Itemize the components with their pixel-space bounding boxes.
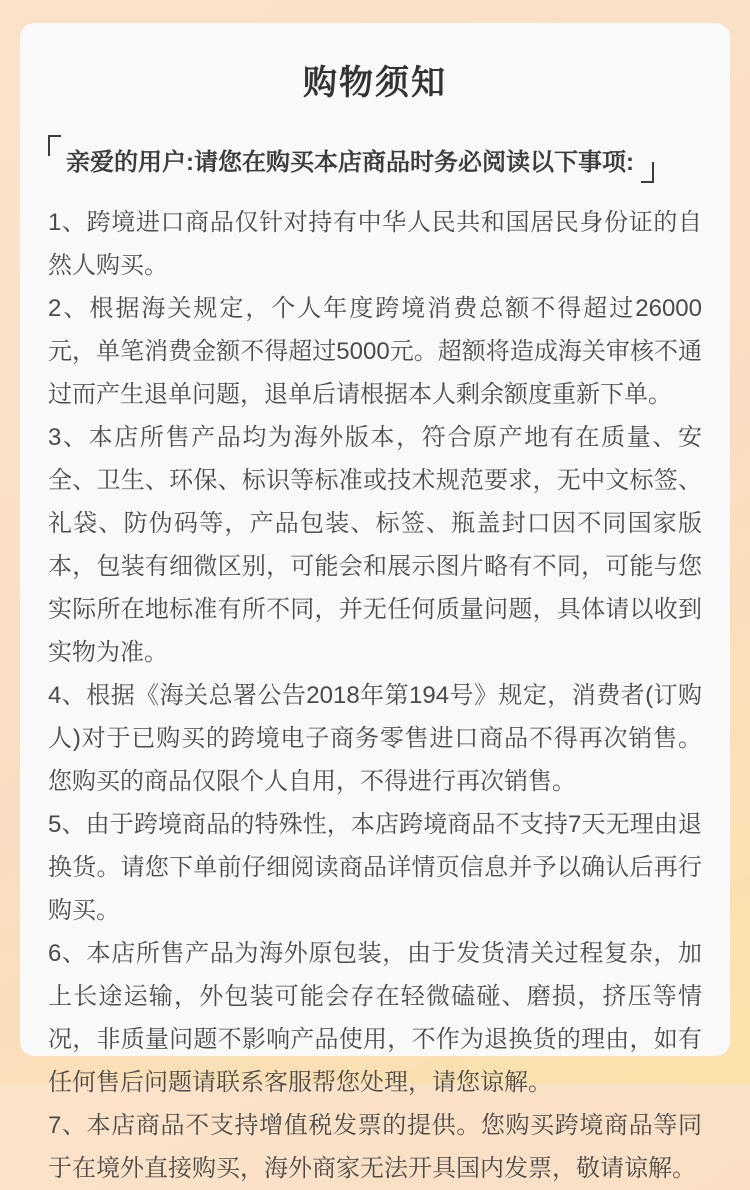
corner-close-mark bbox=[641, 162, 654, 183]
notice-item-2: 2、根据海关规定，个人年度跨境消费总额不得超过26000 元，单笔消费金额不得超… bbox=[48, 287, 702, 416]
notice-item-3: 3、本店所售产品均为海外版本，符合原产地有在质量、安全、卫生、环保、标识等标准或… bbox=[48, 416, 702, 674]
page-title: 购物须知 bbox=[48, 65, 702, 103]
notice-card: 购物须知 亲爱的用户:请您在购买本店商品时务必阅读以下事项: 1、跨境进口商品仅… bbox=[20, 23, 730, 1056]
notice-body: 1、跨境进口商品仅针对持有中华人民共和国居民身份证的自然人购买。 2、根据海关规… bbox=[48, 201, 702, 1084]
notice-item-5: 5、由于跨境商品的特殊性，本店跨境商品不支持7天无理由退换货。请您下单前仔细阅读… bbox=[48, 803, 702, 932]
notice-item-1: 1、跨境进口商品仅针对持有中华人民共和国居民身份证的自然人购买。 bbox=[48, 201, 702, 287]
notice-item-6: 6、本店所售产品为海外原包装，由于发货清关过程复杂，加上长途运输，外包装可能会存… bbox=[48, 932, 702, 1084]
notice-item-4: 4、根据《海关总署公告2018年第194号》规定，消费者(订购人)对于已购买的跨… bbox=[48, 674, 702, 803]
notice-header-text: 亲爱的用户:请您在购买本店商品时务必阅读以下事项: bbox=[66, 149, 634, 176]
corner-open-mark bbox=[48, 135, 61, 156]
notice-header: 亲爱的用户:请您在购买本店商品时务必阅读以下事项: bbox=[48, 135, 702, 183]
